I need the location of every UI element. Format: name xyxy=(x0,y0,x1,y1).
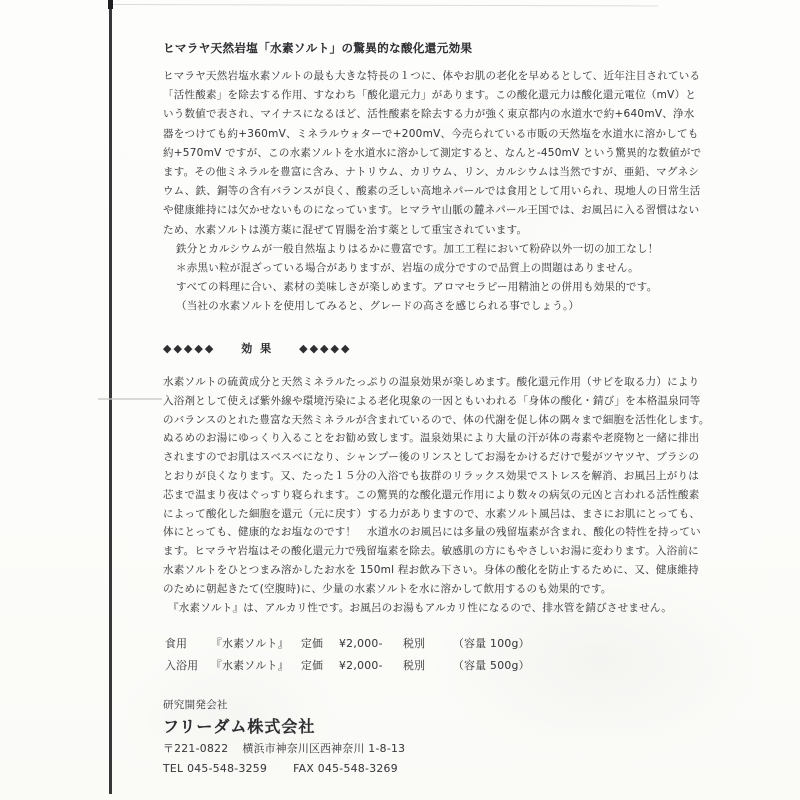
effects-section-heading: ◆◆◆◆◆ 効 果 ◆◆◆◆◆ xyxy=(163,340,351,356)
text-line: によって酸化した細胞を還元（元に戻す）する力がありますので、水素ソルト風呂は、ま… xyxy=(163,505,710,524)
text-line: ます。ヒマラヤ岩塩はその酸化還元力で残留塩素を除去。敏感肌の方にもやさしいお湯に… xyxy=(163,542,710,561)
company-name: フリーダム株式会社 xyxy=(163,714,405,739)
postal-code: 〒221-0822 xyxy=(163,739,228,759)
text-line: ＊赤黒い粒が混ざっている場合がありますが、岩塩の成分ですので品質上の問題はありま… xyxy=(163,259,701,278)
text-line: 『水素ソルト』は、アルカリ性です。お風呂のお湯もアルカリ性になるので、排水管を錆… xyxy=(163,599,710,618)
tax-note: 税別 xyxy=(403,656,453,676)
text-line: 水素ソルトの硫黄成分と天然ミネラルたっぷりの温泉効果が楽しめます。酸化還元作用（… xyxy=(163,373,710,392)
product-row-bath: 入浴用 『水素ソルト』 定価 ¥2,000- 税別 （容量 500g） xyxy=(165,656,530,676)
text-line: ヒマラヤ天然岩塩水素ソルトの最も大きな特長の１つに、体やお肌の老化を早めるとして… xyxy=(163,67,701,86)
text-line: されますのでお肌はスベスベになり、シャンプー後のリンスとしてお湯をかけるだけで髪… xyxy=(163,448,710,467)
volume-note: （容量 100g） xyxy=(453,634,530,654)
scanned-document-page: ヒマラヤ天然岩塩「水素ソルト」の驚異的な酸化還元効果 ヒマラヤ天然岩塩水素ソルト… xyxy=(0,0,800,800)
text-line: （当社の水素ソルトを使用してみると、グレードの高さを感じられる事でしょう。） xyxy=(163,297,701,316)
text-line: 入浴剤として使えば紫外線や環境汚染による老化現象の一因ともいわれる「身体の酸化・… xyxy=(163,392,710,411)
price-value: ¥2,000- xyxy=(339,656,403,676)
product-row-edible: 食用 『水素ソルト』 定価 ¥2,000- 税別 （容量 100g） xyxy=(165,634,530,654)
company-role: 研究開発会社 xyxy=(163,696,405,714)
product-use: 入浴用 xyxy=(165,656,211,676)
text-line: 「活性酸素」を除去する作用、すなわち「酸化還元力」があります。この酸化還元力は酸… xyxy=(163,86,701,105)
text-line: 約+570mV ですが、この水素ソルトを水道水に溶かして測定すると、なんと-45… xyxy=(163,144,701,163)
text-line: ます。その他ミネラルを豊富に含み、ナトリウム、カリウム、リン、カルシウムは当然で… xyxy=(163,163,701,182)
text-line: 鉄分とカルシウムが一般自然塩よりはるかに豊富です。加工工程において粉砕以外一切の… xyxy=(163,240,701,259)
text-line: 体にとっても、健康的なお塩なのです！ 水道水のお風呂には多量の残留塩素が含まれ、… xyxy=(163,523,710,542)
document-title: ヒマラヤ天然岩塩「水素ソルト」の驚異的な酸化還元効果 xyxy=(163,40,472,56)
tel-number: TEL 045-548-3259 xyxy=(163,759,267,779)
street-address: 横浜市神奈川区西神奈川 1-8-13 xyxy=(242,739,405,759)
company-phones: TEL 045-548-3259 FAX 045-548-3269 xyxy=(163,759,405,779)
text-line: や健康維持には欠かせないものになっています。ヒマラヤ山脈の麓ネパール王国では、お… xyxy=(163,201,701,220)
price-label: 定価 xyxy=(301,656,339,676)
volume-note: （容量 500g） xyxy=(453,656,530,676)
product-use: 食用 xyxy=(165,634,211,654)
intro-paragraph: ヒマラヤ天然岩塩水素ソルトの最も大きな特長の１つに、体やお肌の老化を早めるとして… xyxy=(163,67,701,316)
company-footer: 研究開発会社 フリーダム株式会社 〒221-0822 横浜市神奈川区西神奈川 1… xyxy=(163,696,405,779)
tax-note: 税別 xyxy=(403,634,453,654)
price-label: 定価 xyxy=(301,634,339,654)
text-line: 芯まで温まり夜はぐっすり寝られます。この驚異的な酸化還元作用により数々の病気の元… xyxy=(163,486,710,505)
text-line: ウム、鉄、銅等の含有バランスが良く、酸素の乏しい高地ネパールでは食用として用いら… xyxy=(163,182,701,201)
text-line: 水素ソルトをひとつまみ溶かしたお水を 150ml 程お飲み下さい。身体の酸化を防… xyxy=(163,561,710,580)
product-name: 『水素ソルト』 xyxy=(211,656,301,676)
text-line: のために朝起きたて(空腹時)に、少量の水素ソルトを水に溶かして飲用するのも効果的… xyxy=(163,580,710,599)
effects-paragraph: 水素ソルトの硫黄成分と天然ミネラルたっぷりの温泉効果が楽しめます。酸化還元作用（… xyxy=(163,373,710,617)
company-address: 〒221-0822 横浜市神奈川区西神奈川 1-8-13 xyxy=(163,739,405,759)
text-line: ぬるめのお湯にゆっくり入ることをお勧め致します。温泉効果により大量の汗が体の毒素… xyxy=(163,429,710,448)
fax-number: FAX 045-548-3269 xyxy=(293,759,398,779)
product-price-list: 食用 『水素ソルト』 定価 ¥2,000- 税別 （容量 100g） 入浴用 『… xyxy=(165,634,530,678)
text-line: いう数値で表され、マイナスになるほど、活性酸素を除去する力が強く東京都内の水道水… xyxy=(163,105,701,124)
text-line: すべての料理に合い、素材の美味しさが楽しめます。アロマセラピー用精油との併用も効… xyxy=(163,278,701,297)
text-line: とおりが良くなります。又、たった１５分の入浴でも抜群のリラックス効果でストレスを… xyxy=(163,467,710,486)
paper-left-edge-shadow xyxy=(109,0,112,794)
text-line: ため、水素ソルトは漢方薬に混ぜて胃腸を治す薬として重宝されています。 xyxy=(163,221,701,240)
text-line: のバランスのとれた豊富な天然ミネラルが含まれているので、体の代謝を促し体の隅々ま… xyxy=(163,411,710,430)
paper-top-edge-line xyxy=(113,4,658,6)
product-name: 『水素ソルト』 xyxy=(211,634,301,654)
text-line: 器をつけても約+360mV、ミネラルウォターで+200mV、今売られている市販の… xyxy=(163,125,701,144)
paper-fold-artifact xyxy=(98,398,162,400)
price-value: ¥2,000- xyxy=(339,634,403,654)
